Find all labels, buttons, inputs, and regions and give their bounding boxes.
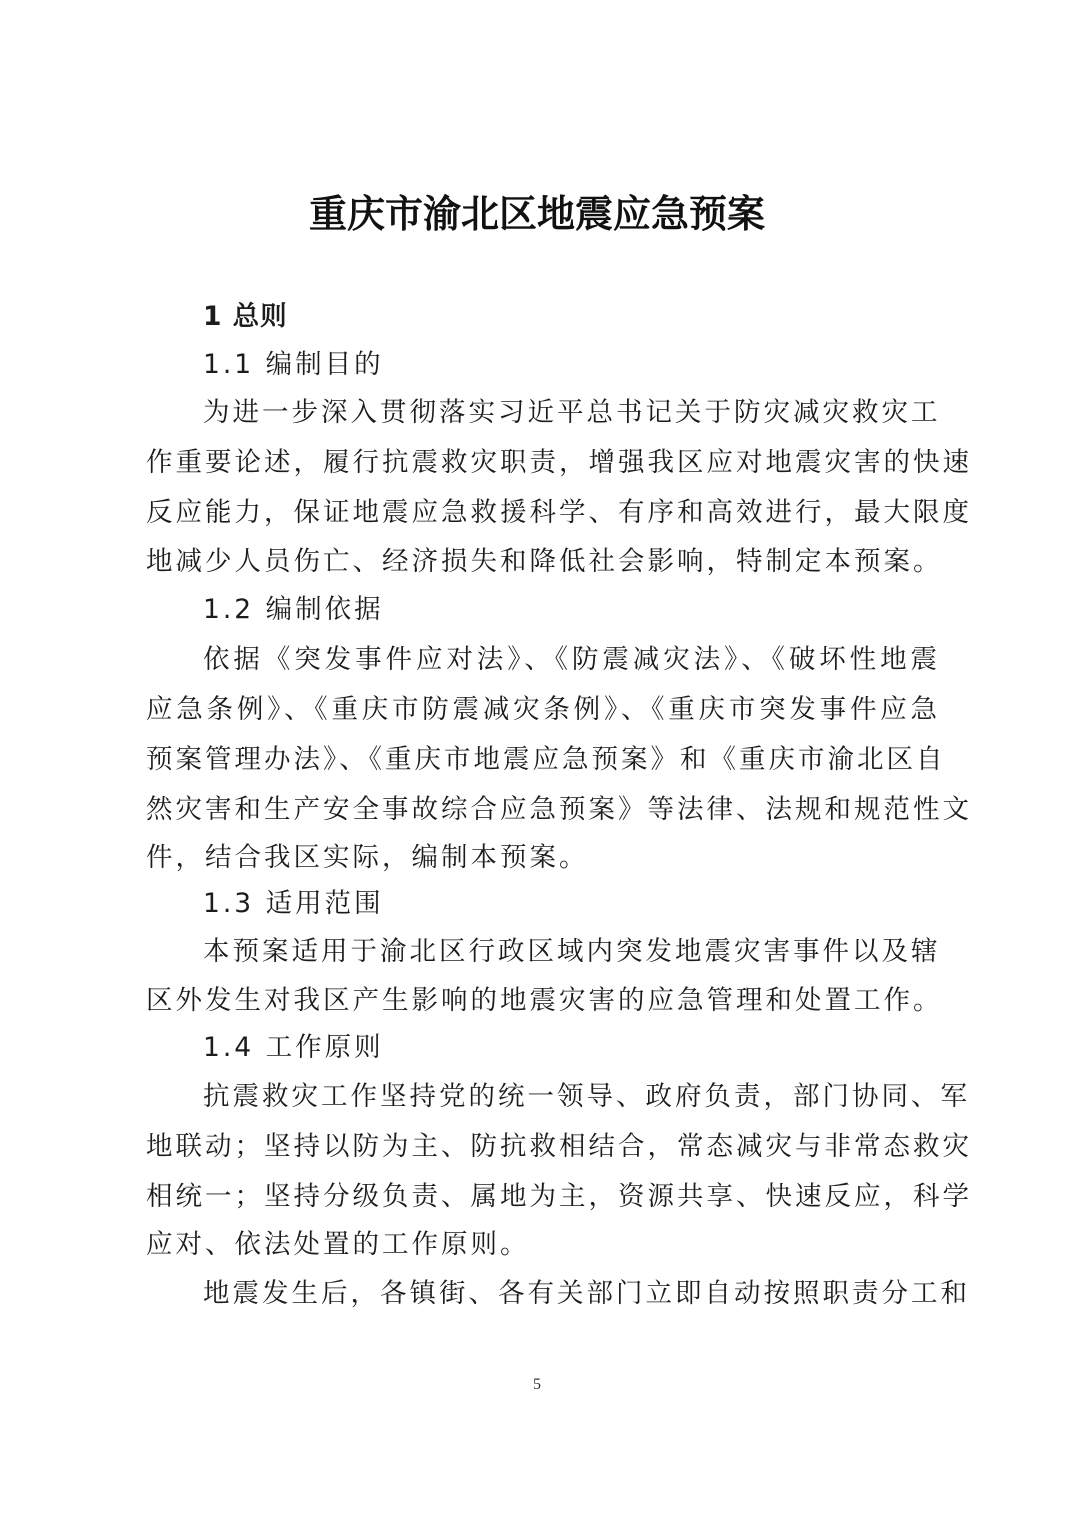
section-heading-1: 1 总则 <box>203 297 1003 337</box>
paragraph-line: 相统一；坚持分级负责、属地为主，资源共享、快速反应，科学 <box>146 1177 940 1217</box>
section-heading-1-3: 1.3 适用范围 <box>203 884 1003 924</box>
paragraph-line: 地震发生后，各镇街、各有关部门立即自动按照职责分工和 <box>203 1274 940 1314</box>
paragraph-line: 预案管理办法》、《重庆市地震应急预案》和《重庆市渝北区自 <box>146 740 940 780</box>
page-number: 5 <box>0 1376 1074 1394</box>
section-heading-1-4: 1.4 工作原则 <box>203 1028 1003 1068</box>
paragraph-line: 应对、依法处置的工作原则。 <box>146 1225 946 1265</box>
document-page: 重庆市渝北区地震应急预案 1 总则 1.1 编制目的 为进一步深入贯彻落实习近平… <box>0 0 1074 1520</box>
paragraph-line: 本预案适用于渝北区行政区域内突发地震灾害事件以及辖 <box>203 932 1003 972</box>
paragraph-line: 依据《突发事件应对法》、《防震减灾法》、《破坏性地震 <box>203 640 940 680</box>
section-heading-1-2: 1.2 编制依据 <box>203 590 1003 630</box>
paragraph-line: 为进一步深入贯彻落实习近平总书记关于防灾减灾救灾工 <box>203 393 940 433</box>
paragraph-line: 然灾害和生产安全事故综合应急预案》等法律、法规和规范性文 <box>146 790 940 830</box>
paragraph-line: 地联动；坚持以防为主、防抗救相结合，常态减灾与非常态救灾 <box>146 1127 940 1167</box>
paragraph-line: 件，结合我区实际，编制本预案。 <box>146 838 946 878</box>
paragraph-line: 应急条例》、《重庆市防震减灾条例》、《重庆市突发事件应急 <box>146 690 940 730</box>
section-heading-1-1: 1.1 编制目的 <box>203 345 1003 385</box>
paragraph-line: 区外发生对我区产生影响的地震灾害的应急管理和处置工作。 <box>146 981 946 1021</box>
paragraph-line: 作重要论述，履行抗震救灾职责，增强我区应对地震灾害的快速 <box>146 443 940 483</box>
document-title: 重庆市渝北区地震应急预案 <box>0 188 1074 240</box>
paragraph-line: 抗震救灾工作坚持党的统一领导、政府负责，部门协同、军 <box>203 1077 940 1117</box>
paragraph-line: 反应能力，保证地震应急救援科学、有序和高效进行，最大限度 <box>146 493 940 533</box>
paragraph-line: 地减少人员伤亡、经济损失和降低社会影响，特制定本预案。 <box>146 542 946 582</box>
